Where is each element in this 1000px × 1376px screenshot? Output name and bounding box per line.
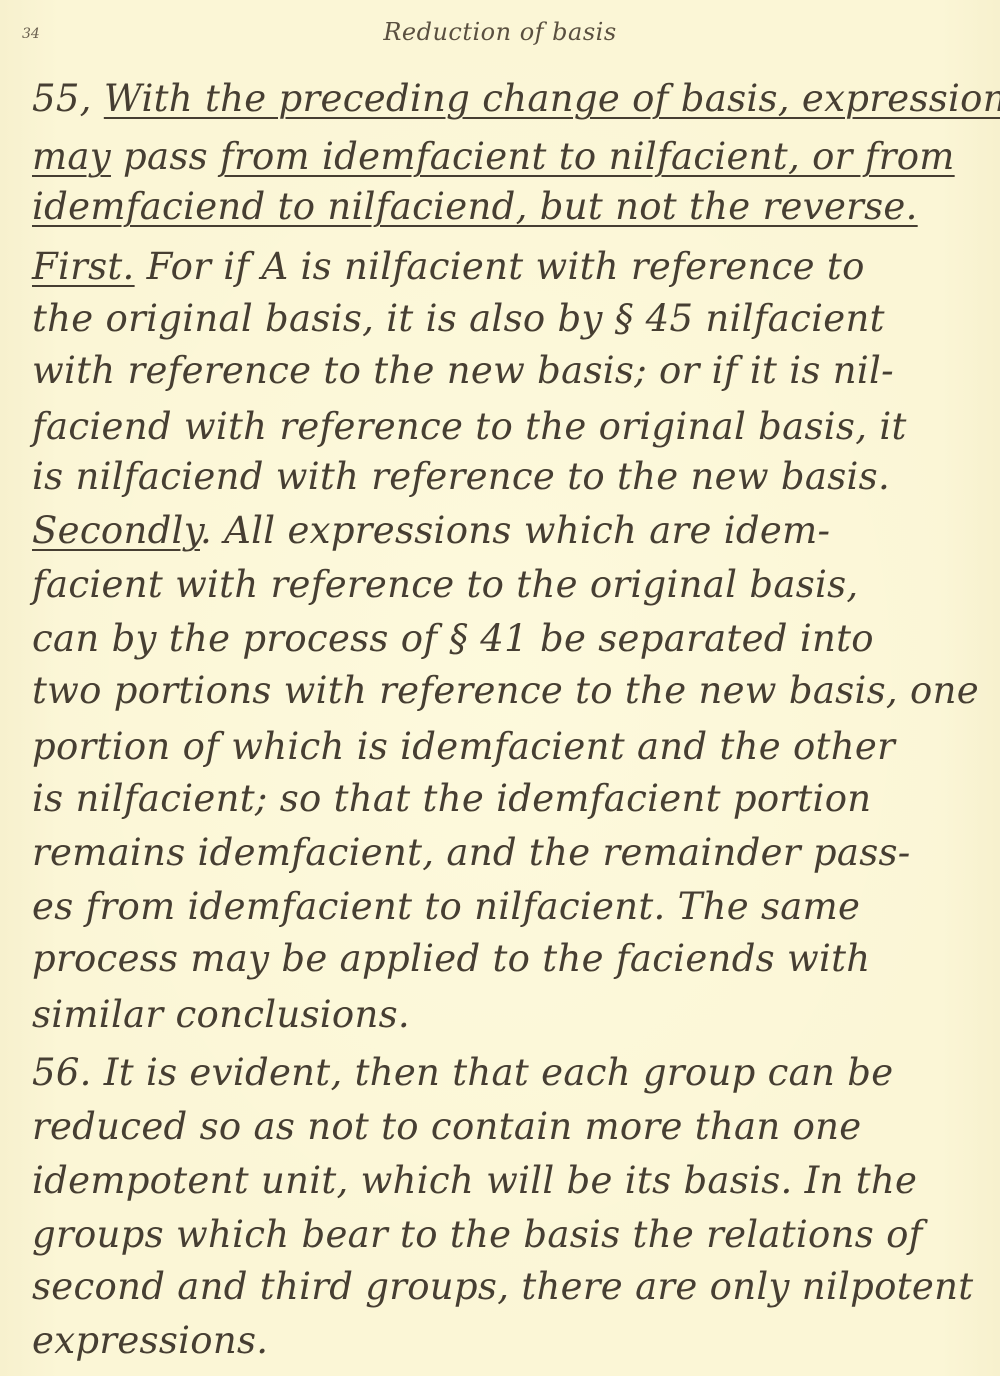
text-segment: . All expressions which are idem-: [200, 509, 830, 552]
text-segment: groups which bear to the basis the relat…: [32, 1213, 923, 1256]
text-segment: 55,: [32, 77, 104, 120]
text-line: portion of which is idemfacient and the …: [32, 728, 895, 765]
text-segment: can by the process of § 41 be separated …: [32, 617, 874, 660]
text-line: is nilfacient; so that the idemfacient p…: [32, 780, 871, 817]
text-segment: the original basis, it is also by § 45 n…: [32, 297, 885, 340]
running-head: Reduction of basis: [0, 18, 1000, 46]
text-segment: reduced so as not to contain more than o…: [32, 1105, 861, 1148]
text-line: idempotent unit, which will be its basis…: [32, 1162, 917, 1199]
text-line: reduced so as not to contain more than o…: [32, 1108, 861, 1145]
text-segment: expressions.: [32, 1319, 268, 1362]
text-line: groups which bear to the basis the relat…: [32, 1216, 923, 1253]
text-segment: similar conclusions.: [32, 993, 410, 1036]
underlined-text: from idemfacient to nilfacient, or from: [220, 135, 955, 178]
text-segment: is nilfacient; so that the idemfacient p…: [32, 777, 871, 820]
text-segment: pass: [111, 135, 220, 178]
text-line: can by the process of § 41 be separated …: [32, 620, 874, 657]
text-line: the original basis, it is also by § 45 n…: [32, 300, 885, 337]
text-segment: For if A is nilfacient with reference to: [135, 245, 865, 288]
text-line: is nilfaciend with reference to the new …: [32, 458, 890, 495]
text-line: facient with reference to the original b…: [32, 566, 858, 603]
text-line: two portions with reference to the new b…: [32, 672, 979, 709]
text-segment: is nilfaciend with reference to the new …: [32, 455, 890, 498]
text-line: second and third groups, there are only …: [32, 1268, 973, 1305]
text-line: idemfaciend to nilfaciend, but not the r…: [32, 188, 918, 225]
text-segment: faciend with reference to the original b…: [32, 405, 907, 448]
text-line: remains idemfacient, and the remainder p…: [32, 834, 911, 871]
text-segment: process may be applied to the faciends w…: [32, 937, 870, 980]
text-line: 56. It is evident, then that each group …: [32, 1054, 893, 1091]
text-line: process may be applied to the faciends w…: [32, 940, 870, 977]
text-segment: two portions with reference to the new b…: [32, 669, 979, 712]
text-segment: es from idemfacient to nilfacient. The s…: [32, 885, 860, 928]
text-segment: second and third groups, there are only …: [32, 1265, 973, 1308]
text-line: faciend with reference to the original b…: [32, 408, 907, 445]
text-line: similar conclusions.: [32, 996, 410, 1033]
manuscript-page: 34 Reduction of basis 55, With the prece…: [0, 0, 1000, 1376]
text-segment: facient with reference to the original b…: [32, 563, 858, 606]
text-line: First. For if A is nilfacient with refer…: [32, 248, 865, 285]
text-line: es from idemfacient to nilfacient. The s…: [32, 888, 860, 925]
underlined-text: First.: [32, 245, 135, 288]
text-line: with reference to the new basis; or if i…: [32, 352, 894, 389]
text-segment: portion of which is idemfacient and the …: [32, 725, 895, 768]
underlined-text: may: [32, 135, 111, 178]
text-segment: remains idemfacient, and the remainder p…: [32, 831, 911, 874]
text-segment: with reference to the new basis; or if i…: [32, 349, 894, 392]
text-segment: idempotent unit, which will be its basis…: [32, 1159, 917, 1202]
text-segment: 56. It is evident, then that each group …: [32, 1051, 893, 1094]
text-line: may pass from idemfacient to nilfacient,…: [32, 138, 955, 175]
underlined-text: With the preceding change of basis, expr…: [104, 77, 1000, 120]
text-line: 55, With the preceding change of basis, …: [32, 80, 1000, 117]
underlined-text: Secondly: [32, 509, 200, 552]
text-line: Secondly. All expressions which are idem…: [32, 512, 830, 549]
text-line: expressions.: [32, 1322, 268, 1359]
underlined-text: idemfaciend to nilfaciend, but not the r…: [32, 185, 918, 228]
